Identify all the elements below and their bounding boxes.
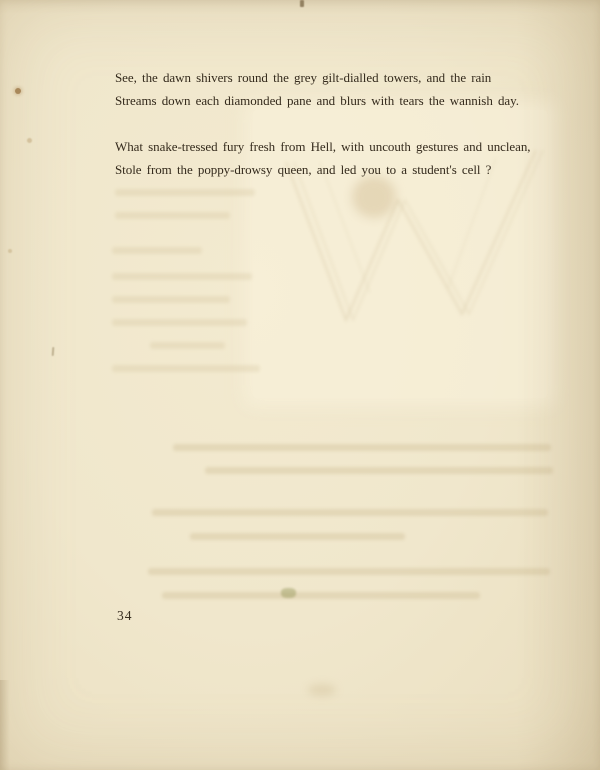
showthrough-colored-mark: [281, 588, 296, 598]
showthrough-text-line: [112, 296, 230, 303]
top-shading: [0, 0, 600, 14]
page-number: 34: [117, 608, 133, 624]
showthrough-text-line: [173, 444, 551, 451]
showthrough-text-line: [115, 212, 230, 219]
showthrough-text-line: [152, 509, 548, 516]
showthrough-stain: [352, 176, 396, 218]
showthrough-text-line: [190, 533, 405, 540]
showthrough-text-line: [112, 365, 260, 372]
pen-tick-mark: [52, 347, 55, 356]
showthrough-text-line: [150, 342, 225, 349]
showthrough-text-line: [115, 189, 255, 196]
verse-line: What snake-tressed fury fresh from Hell,…: [115, 135, 575, 158]
showthrough-smudge: [308, 684, 336, 696]
foxing-spot: [8, 249, 12, 253]
showthrough-text-line: [112, 247, 202, 254]
verse-line: Stole from the poppy-drowsy queen, and l…: [115, 158, 575, 181]
foxing-spot: [27, 138, 32, 143]
showthrough-text-line: [112, 273, 252, 280]
corner-shadow: [0, 680, 10, 770]
showthrough-text-line: [205, 467, 553, 474]
verse-stanza-1: See, the dawn shivers round the grey gil…: [115, 66, 575, 112]
showthrough-text-line: [112, 319, 247, 326]
verse-line: See, the dawn shivers round the grey gil…: [115, 66, 575, 89]
foxing-spot: [15, 88, 21, 94]
verse-line: Streams down each diamonded pane and blu…: [115, 89, 575, 112]
showthrough-text-line: [148, 568, 550, 575]
showthrough-text-line: [162, 592, 480, 599]
book-page: See, the dawn shivers round the grey gil…: [0, 0, 600, 770]
verse-stanza-2: What snake-tressed fury fresh from Hell,…: [115, 135, 575, 181]
